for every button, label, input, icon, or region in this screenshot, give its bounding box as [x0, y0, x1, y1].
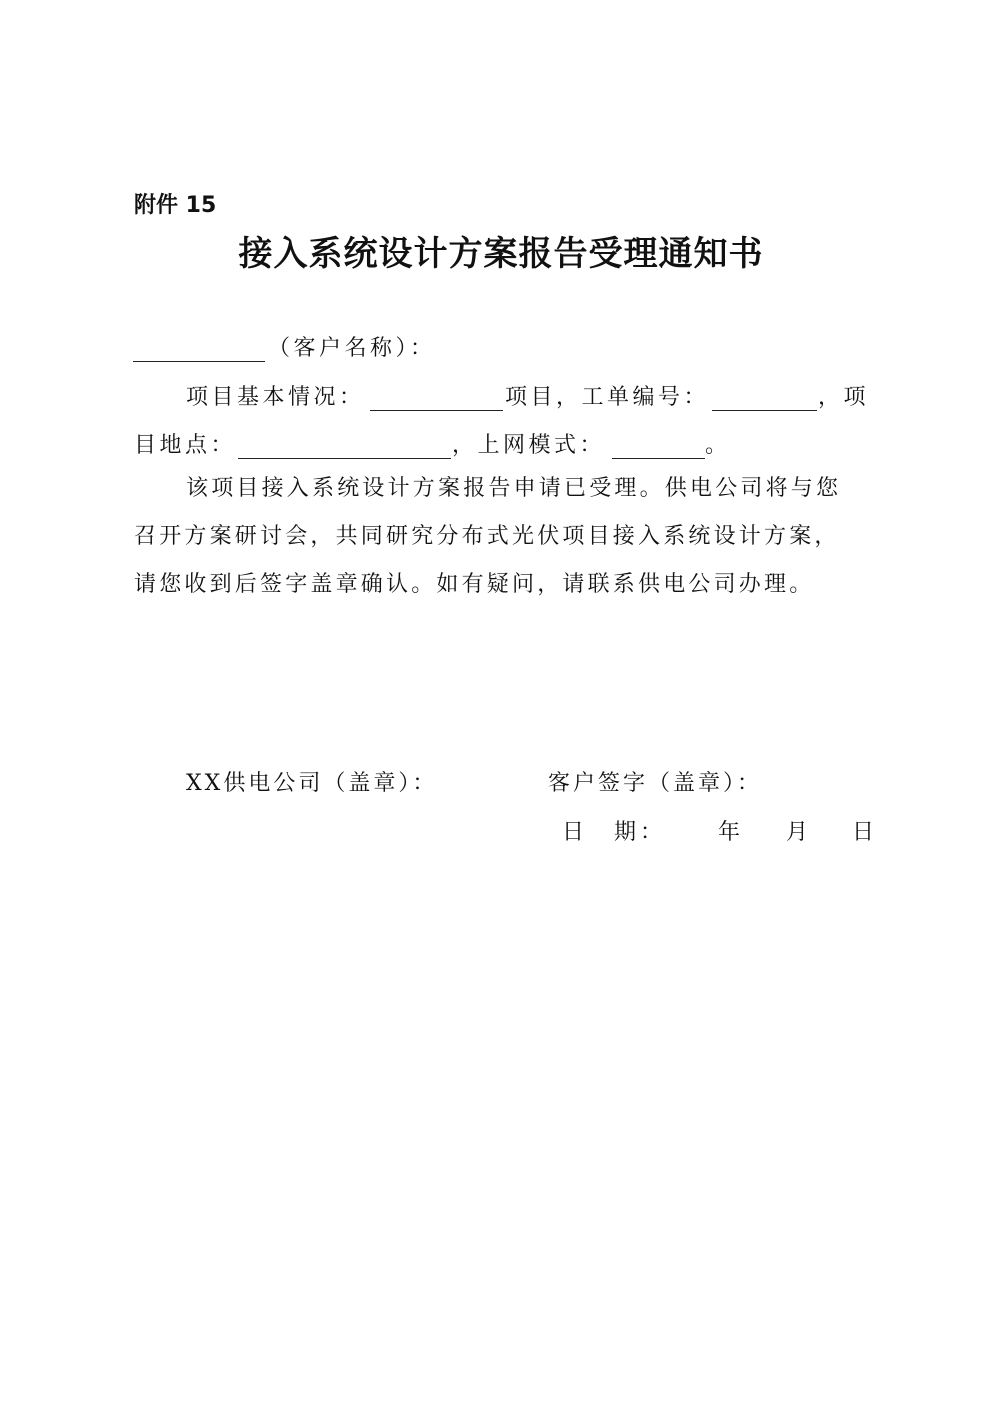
- customer-name-blank[interactable]: [133, 361, 265, 362]
- company-seal-label: XX供电公司（盖章）：: [186, 769, 437, 799]
- project-info-label: 项目基本情况：: [186, 383, 365, 413]
- date-year: 年: [718, 818, 744, 848]
- date-label: 日 期：: [562, 818, 666, 848]
- work-order-blank[interactable]: [712, 410, 817, 411]
- location-label: 目地点：: [134, 431, 236, 461]
- project-name-blank[interactable]: [370, 410, 503, 411]
- body-line-3: 请您收到后签字盖章确认。如有疑问，请联系供电公司办理。: [134, 570, 814, 600]
- customer-signature-label: 客户签字（盖章）：: [548, 769, 762, 799]
- customer-name-label: （客户名称）：: [268, 334, 436, 364]
- grid-mode-blank[interactable]: [612, 458, 705, 459]
- body-line-2: 召开方案研讨会，共同研究分布式光伏项目接入系统设计方案，: [134, 522, 840, 552]
- document-title: 接入系统设计方案报告受理通知书: [0, 226, 992, 275]
- location-blank[interactable]: [238, 458, 451, 459]
- body-line-1: 该项目接入系统设计方案报告申请已受理。供电公司将与您: [186, 474, 841, 504]
- line1-end: ，项: [818, 383, 869, 413]
- date-month: 月: [786, 818, 812, 848]
- date-day: 日: [852, 818, 878, 848]
- line2-end: 。: [705, 431, 731, 461]
- grid-mode-label: ，上网模式：: [452, 431, 605, 461]
- attachment-label: 附件 15: [134, 188, 216, 219]
- work-order-label: 项目，工单编号：: [505, 383, 709, 413]
